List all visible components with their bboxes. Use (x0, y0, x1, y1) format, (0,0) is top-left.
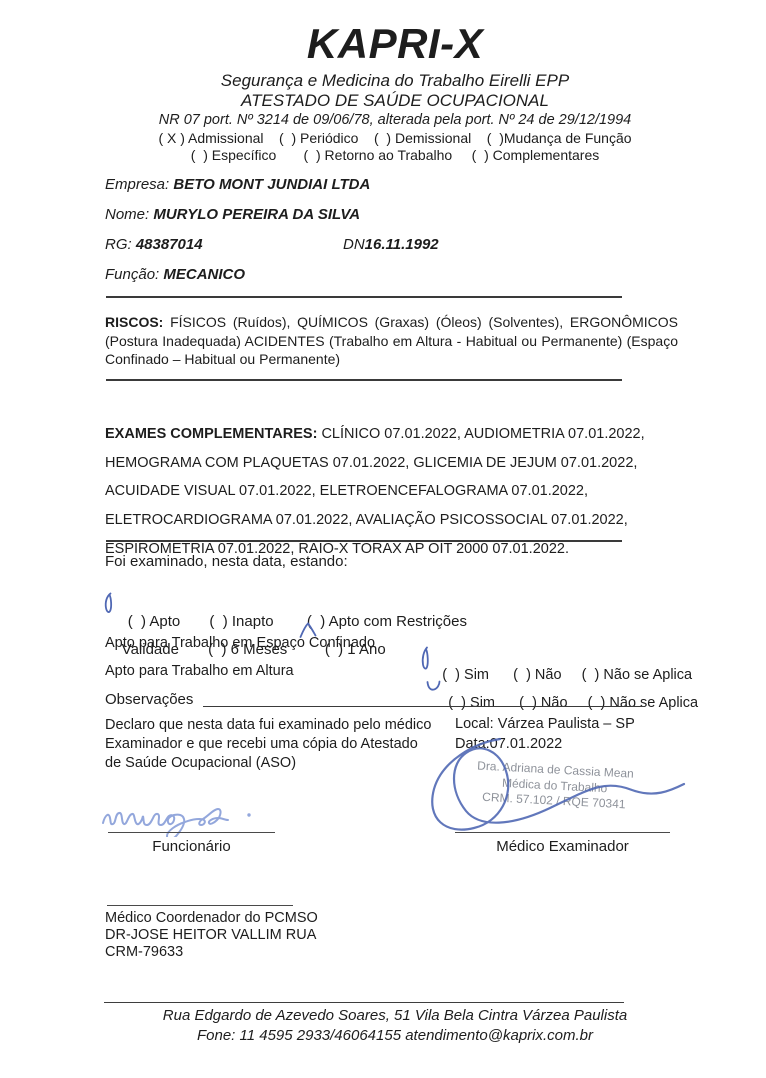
field-empresa-label: Empresa: (105, 176, 169, 193)
field-nome-value: MURYLO PEREIRA DA SILVA (153, 206, 360, 223)
exames-paragraph: EXAMES COMPLEMENTARES: CLÍNICO 07.01.202… (105, 391, 705, 564)
observacoes-label: Observações (105, 691, 193, 708)
field-dn-label: DN (343, 236, 365, 253)
doctor-signature-label: Médico Examinador (455, 838, 670, 855)
field-dn: DN16.11.1992 (343, 236, 439, 253)
riscos-text: FÍSICOS (Ruídos), QUÍMICOS (Graxas) (Óle… (105, 314, 678, 367)
exam-type-checkbox-row-2: ( ) Específico ( ) Retorno ao Trabalho (… (85, 147, 705, 163)
coordinator-signature-line (107, 905, 293, 906)
regulation-line: NR 07 port. Nº 3214 de 09/06/78, alterad… (85, 112, 705, 128)
altura-label: Apto para Trabalho em Altura (105, 663, 294, 679)
section-divider-2 (106, 379, 622, 381)
field-funcao-value: MECANICO (163, 266, 245, 283)
section-divider-1 (106, 296, 622, 298)
field-funcao-label: Função: (105, 266, 159, 283)
field-nome-label: Nome: (105, 206, 149, 223)
field-nome: Nome: MURYLO PEREIRA DA SILVA (105, 206, 685, 223)
aso-document-page: KAPRI-X Segurança e Medicina do Trabalho… (0, 0, 766, 1078)
doctor-signature-line (455, 832, 670, 833)
employee-signature-label: Funcionário (108, 838, 275, 855)
exam-type-checkbox-row-1: ( X ) Admissional ( ) Periódico ( ) Demi… (85, 130, 705, 146)
field-rg-label: RG: (105, 236, 132, 253)
confinado-label: Apto para Trabalho em Espaço Confinado (105, 635, 375, 651)
exam-intro: Foi examinado, nesta data, estando: (105, 553, 348, 570)
riscos-paragraph: RISCOS: FÍSICOS (Ruídos), QUÍMICOS (Grax… (105, 313, 678, 369)
footer-address: Rua Edgardo de Azevedo Soares, 51 Vila B… (85, 1006, 705, 1026)
field-rg-value: 48387014 (136, 236, 203, 253)
exames-label: EXAMES COMPLEMENTARES: (105, 426, 317, 442)
field-dn-value: 16.11.1992 (365, 236, 439, 253)
employee-signature-line (108, 832, 275, 833)
doctor-signature-stroke (412, 727, 712, 847)
company-subtitle: Segurança e Medicina do Trabalho Eirelli… (85, 71, 705, 91)
footer-divider (104, 1002, 624, 1003)
observacoes-blank-line (203, 691, 644, 707)
field-empresa: Empresa: BETO MONT JUNDIAI LTDA (105, 176, 685, 193)
field-rg: RG: 48387014 DN16.11.1992 (105, 236, 685, 253)
declaration-paragraph: Declaro que nesta data fui examinado pel… (105, 716, 455, 773)
coordinator-block: Médico Coordenador do PCMSO DR-JOSE HEIT… (105, 910, 318, 960)
footer-phone-email: Fone: 11 4595 2933/46064155 atendimento@… (85, 1026, 705, 1046)
employee-signature-stroke (98, 791, 273, 837)
exames-text: CLÍNICO 07.01.2022, AUDIOMETRIA 07.01.20… (105, 426, 645, 557)
company-logo-title: KAPRI-X (85, 22, 705, 66)
document-title: ATESTADO DE SAÚDE OCUPACIONAL (85, 91, 705, 111)
field-funcao: Função: MECANICO (105, 266, 685, 283)
footer-block: Rua Edgardo de Azevedo Soares, 51 Vila B… (85, 1006, 705, 1045)
section-divider-3 (106, 540, 622, 542)
field-empresa-value: BETO MONT JUNDIAI LTDA (173, 176, 370, 193)
riscos-label: RISCOS: (105, 314, 163, 330)
